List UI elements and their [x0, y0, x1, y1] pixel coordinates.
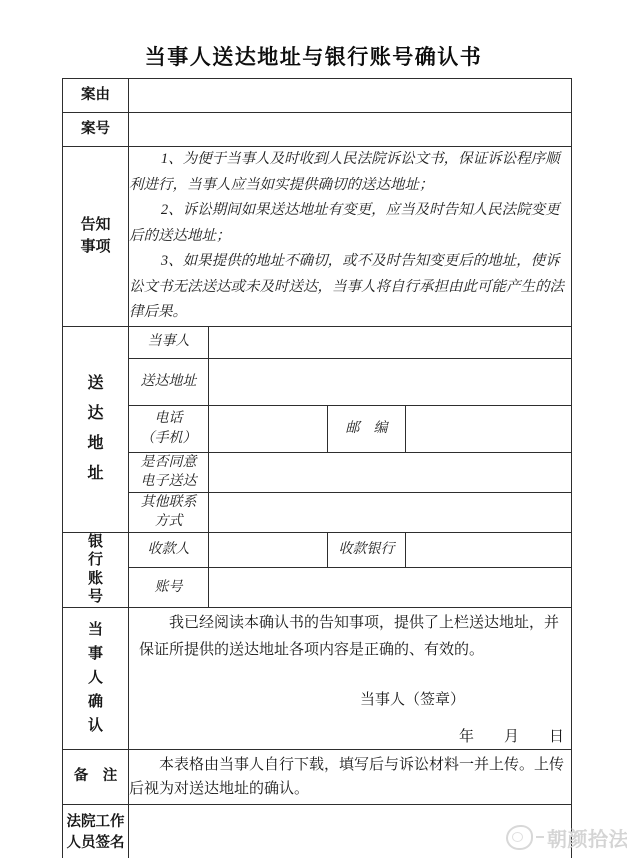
table-row: 银 行 账 号 收款人 收款银行 — [63, 532, 572, 567]
notice-content: 1、为便于当事人及时收到人民法院诉讼文书，保证诉讼程序顺利进行，当事人应当如实提… — [129, 147, 572, 327]
case-number-label: 案号 — [63, 113, 129, 147]
remarks-text: 本表格由当事人自行下载，填写后与诉讼材料一并上传。上传后视为对送达地址的确认。 — [129, 753, 571, 801]
postcode-label: 邮 编 — [328, 405, 406, 452]
account-number-label: 账号 — [129, 567, 209, 607]
payee-field[interactable] — [209, 532, 328, 567]
notice-label: 告知 事项 — [63, 147, 129, 327]
court-staff-signature-label: 法院工作 人员签名 — [63, 804, 129, 858]
table-row: 案号 — [63, 113, 572, 147]
remarks-content: 本表格由当事人自行下载，填写后与诉讼材料一并上传。上传后视为对送达地址的确认。 — [129, 749, 572, 804]
table-row: 送 达 地 址 当事人 — [63, 326, 572, 358]
table-row: 账号 — [63, 567, 572, 607]
phone-field[interactable] — [209, 405, 328, 452]
page-title: 当事人送达地址与银行账号确认书 — [0, 41, 627, 71]
party-label: 当事人 — [129, 326, 209, 358]
party-signature-label: 当事人（签章） — [129, 688, 571, 709]
service-address-label: 送达地址 — [129, 358, 209, 405]
account-number-field[interactable] — [209, 567, 572, 607]
table-row: 电话 （手机） 邮 编 — [63, 405, 572, 452]
party-confirmation-section-label: 当 事 人 确 认 — [63, 607, 129, 749]
phone-label: 电话 （手机） — [129, 405, 209, 452]
other-contact-field[interactable] — [209, 492, 572, 532]
other-contact-label: 其他联系 方式 — [129, 492, 209, 532]
watermark-text: 朝颜拾法 — [547, 823, 627, 852]
payee-label: 收款人 — [129, 532, 209, 567]
case-cause-field[interactable] — [129, 79, 572, 113]
service-address-section-label: 送 达 地 址 — [63, 326, 129, 532]
notice-item-2: 2、诉讼期间如果送达地址有变更，应当及时告知人民法院变更后的送达地址； — [129, 198, 571, 249]
service-address-field[interactable] — [209, 358, 572, 405]
table-row: 案由 — [63, 79, 572, 113]
table-row: 法院工作 人员签名 — [63, 804, 572, 858]
party-confirmation-content: 我已经阅读本确认书的告知事项，提供了上栏送达地址，并保证所提供的送达地址各项内容… — [129, 607, 572, 749]
confirmation-form-table: 案由 案号 告知 事项 1、为便于当事人及时收到人民法院诉讼文书，保证诉讼程序顺… — [62, 78, 572, 858]
e-delivery-consent-field[interactable] — [209, 452, 572, 492]
watermark: 朝颜拾法 — [506, 820, 627, 854]
case-number-field[interactable] — [129, 113, 572, 147]
notice-item-3: 3、如果提供的地址不确切，或不及时告知变更后的地址，使诉讼文书无法送达或未及时送… — [129, 249, 571, 326]
payee-bank-field[interactable] — [406, 532, 572, 567]
postcode-field[interactable] — [406, 405, 572, 452]
confirmation-statement: 我已经阅读本确认书的告知事项，提供了上栏送达地址，并保证所提供的送达地址各项内容… — [129, 610, 571, 664]
party-field[interactable] — [209, 326, 572, 358]
table-row: 当 事 人 确 认 我已经阅读本确认书的告知事项，提供了上栏送达地址，并保证所提… — [63, 607, 572, 749]
remarks-label: 备 注 — [63, 749, 129, 804]
table-row: 告知 事项 1、为便于当事人及时收到人民法院诉讼文书，保证诉讼程序顺利进行，当事… — [63, 147, 572, 327]
table-row: 其他联系 方式 — [63, 492, 572, 532]
payee-bank-label: 收款银行 — [328, 532, 406, 567]
table-row: 备 注 本表格由当事人自行下载，填写后与诉讼材料一并上传。上传后视为对送达地址的… — [63, 749, 572, 804]
table-row: 是否同意 电子送达 — [63, 452, 572, 492]
date-label: 年 月 日 — [129, 725, 571, 746]
table-row: 送达地址 — [63, 358, 572, 405]
watermark-logo-inner-icon — [512, 832, 523, 842]
bank-account-section-label: 银 行 账 号 — [63, 532, 129, 607]
watermark-logo-icon — [506, 825, 533, 850]
case-cause-label: 案由 — [63, 79, 129, 113]
notice-item-1: 1、为便于当事人及时收到人民法院诉讼文书，保证诉讼程序顺利进行，当事人应当如实提… — [129, 147, 571, 198]
e-delivery-consent-label: 是否同意 电子送达 — [129, 452, 209, 492]
document-page: 当事人送达地址与银行账号确认书 案由 案号 告知 事项 1、为便于当事人及时收到… — [0, 0, 627, 858]
watermark-dash-icon — [536, 836, 544, 838]
